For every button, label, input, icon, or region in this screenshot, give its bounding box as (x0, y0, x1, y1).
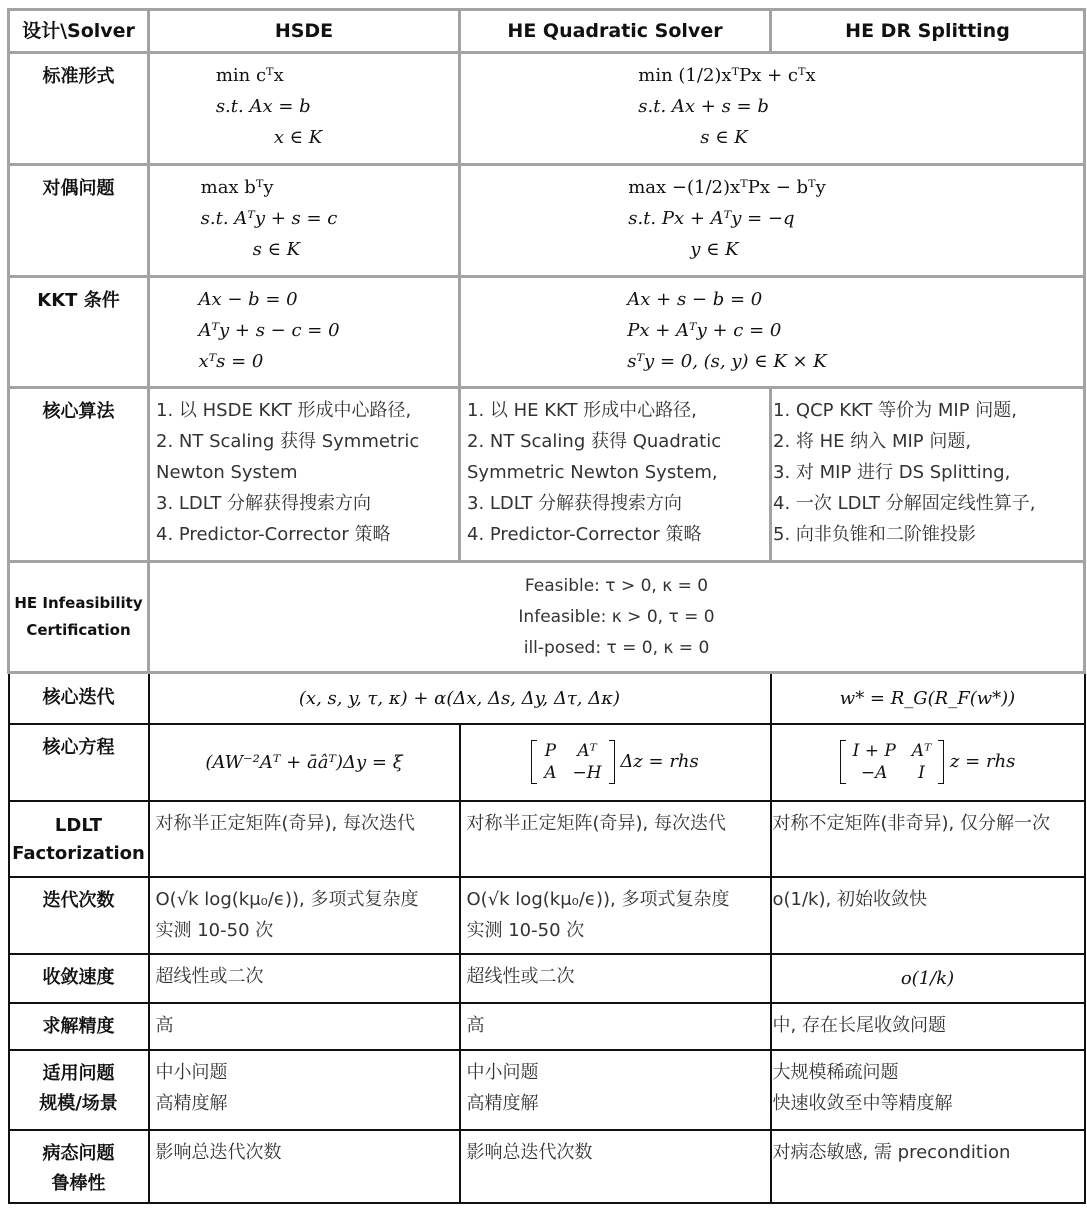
eq-line: x ∈ K (216, 122, 322, 153)
cell-ipm-iteration: (x, s, y, τ, κ) + α(Δx, Δs, Δy, Δτ, Δκ) (149, 673, 771, 724)
row-label: 标准形式 (9, 53, 149, 165)
row-label-line: Factorization (10, 840, 148, 868)
cell-hsde-convergence: 超线性或二次 (149, 954, 460, 1003)
row-label-line: Certification (10, 617, 147, 644)
row-label: 收敛速度 (9, 954, 149, 1003)
algo-step: 5. 向非负锥和二阶锥投影 (773, 519, 1079, 550)
cell-hsde-kkt: Ax − b = 0 Aᵀy + s − c = 0 xᵀs = 0 (149, 277, 460, 388)
cell-quadratic-algorithm: 1. 以 HE KKT 形成中心路径, 2. NT Scaling 获得 Qua… (460, 388, 771, 562)
cell-hsde-equation: (AW⁻²Aᵀ + āâᵀ)Δy = ξ (149, 724, 460, 801)
algo-step: Newton System (156, 457, 454, 488)
eq-line: max −(1/2)xᵀPx − bᵀy (628, 172, 826, 203)
cell-hsde-primal: min cᵀx s.t. Ax = b x ∈ K (149, 53, 460, 165)
column-header-he-dr: HE DR Splitting (771, 10, 1085, 53)
text-line: 中小问题 (156, 1057, 455, 1088)
algo-step: 4. 一次 LDLT 分解固定线性算子, (773, 488, 1079, 519)
eq-line: min cᵀx (216, 60, 322, 91)
cell-certification: Feasible: τ > 0, κ = 0 Infeasible: κ > 0… (149, 562, 1085, 673)
cell-quadratic-robustness: 影响总迭代次数 (460, 1130, 771, 1203)
cell-dr-robustness: 对病态敏感, 需 precondition (771, 1130, 1085, 1203)
row-iteration-count: 迭代次数 O(√k log(kμ₀/ϵ)), 多项式复杂度 实测 10-50 次… (9, 877, 1085, 954)
eq-line: xᵀs = 0 (198, 346, 339, 377)
cell-dr-accuracy: 中, 存在长尾收敛问题 (771, 1003, 1085, 1050)
eq-line: s.t. Ax = b (216, 91, 322, 122)
row-kkt-conditions: KKT 条件 Ax − b = 0 Aᵀy + s − c = 0 xᵀs = … (9, 277, 1085, 388)
matrix-entry: I (904, 762, 939, 784)
cell-hsde-scale: 中小问题 高精度解 (149, 1050, 460, 1130)
cell-he-dual: max −(1/2)xᵀPx − bᵀy s.t. Px + Aᵀy = −q … (460, 165, 1085, 277)
dr-matrix: I + PAᵀ −AI (840, 740, 945, 784)
kkt-matrix: PAᵀ A−H (531, 740, 614, 784)
cell-dr-equation: I + PAᵀ −AI z = rhs (771, 724, 1085, 801)
text-line: 大规模稀疏问题 (773, 1057, 1080, 1088)
matrix-entry: −H (565, 762, 610, 784)
row-label-line: 鲁棒性 (10, 1169, 148, 1199)
cell-dr-convergence: o(1/k) (771, 954, 1085, 1003)
cell-he-primal: min (1/2)xᵀPx + cᵀx s.t. Ax + s = b s ∈ … (460, 53, 1085, 165)
row-ill-conditioned-robustness: 病态问题 鲁棒性 影响总迭代次数 影响总迭代次数 对病态敏感, 需 precon… (9, 1130, 1085, 1203)
eq-line: Px + Aᵀy + c = 0 (627, 315, 826, 346)
eq-line: s ∈ K (638, 122, 815, 153)
row-label-line: 病态问题 (10, 1139, 148, 1169)
algo-step: 1. 以 HSDE KKT 形成中心路径, (156, 395, 454, 426)
matrix-entry: I + P (845, 740, 904, 762)
row-standard-form: 标准形式 min cᵀx s.t. Ax = b x ∈ K min (1/2)… (9, 53, 1085, 165)
eq-line: s.t. Ax + s = b (638, 91, 815, 122)
eq-line: min (1/2)xᵀPx + cᵀx (638, 60, 815, 91)
eq-line: Ax + s − b = 0 (627, 284, 826, 315)
cell-hsde-accuracy: 高 (149, 1003, 460, 1050)
algo-step: 1. 以 HE KKT 形成中心路径, (467, 395, 765, 426)
cell-quadratic-equation: PAᵀ A−H Δz = rhs (460, 724, 771, 801)
row-label: KKT 条件 (9, 277, 149, 388)
row-label-line: 适用问题 (10, 1059, 148, 1089)
cert-line-ill-posed: ill-posed: τ = 0, κ = 0 (150, 633, 1083, 664)
row-core-equation: 核心方程 (AW⁻²Aᵀ + āâᵀ)Δy = ξ PAᵀ A−H Δz = r… (9, 724, 1085, 801)
cell-quadratic-iterations: O(√k log(kμ₀/ϵ)), 多项式复杂度 实测 10-50 次 (460, 877, 771, 954)
text-line: 实测 10-50 次 (467, 915, 766, 946)
text-line: 实测 10-50 次 (156, 915, 455, 946)
column-header-he-quadratic: HE Quadratic Solver (460, 10, 771, 53)
row-problem-scale: 适用问题 规模/场景 中小问题 高精度解 中小问题 高精度解 大规模稀疏问题 快… (9, 1050, 1085, 1130)
row-label: 求解精度 (9, 1003, 149, 1050)
corner-header: 设计\Solver (9, 10, 149, 53)
header-row: 设计\Solver HSDE HE Quadratic Solver HE DR… (9, 10, 1085, 53)
solver-comparison-table: 设计\Solver HSDE HE Quadratic Solver HE DR… (7, 8, 1086, 1204)
row-label: HE Infeasibility Certification (9, 562, 149, 673)
cell-dr-algorithm: 1. QCP KKT 等价为 MIP 问题, 2. 将 HE 纳入 MIP 问题… (771, 388, 1085, 562)
eq-line: s ∈ K (201, 234, 338, 265)
cell-hsde-dual: max bᵀy s.t. Aᵀy + s = c s ∈ K (149, 165, 460, 277)
algo-step: 3. LDLT 分解获得搜索方向 (156, 488, 454, 519)
matrix-entry: A (536, 762, 564, 784)
text-line: O(√k log(kμ₀/ϵ)), 多项式复杂度 (467, 884, 766, 915)
text-line: o(1/k), 初始收敛快 (773, 884, 1080, 915)
matrix-entry: P (536, 740, 564, 762)
cell-quadratic-convergence: 超线性或二次 (460, 954, 771, 1003)
algo-step: 1. QCP KKT 等价为 MIP 问题, (773, 395, 1079, 426)
cell-quadratic-scale: 中小问题 高精度解 (460, 1050, 771, 1130)
cert-line-feasible: Feasible: τ > 0, κ = 0 (150, 571, 1083, 602)
row-core-algorithm: 核心算法 1. 以 HSDE KKT 形成中心路径, 2. NT Scaling… (9, 388, 1085, 562)
cell-dr-ldlt: 对称不定矩阵(非奇异), 仅分解一次 (771, 801, 1085, 877)
row-ldlt-factorization: LDLT Factorization 对称半正定矩阵(奇异), 每次迭代 对称半… (9, 801, 1085, 877)
algo-step: 4. Predictor-Corrector 策略 (467, 519, 765, 550)
algo-step: 3. 对 MIP 进行 DS Splitting, (773, 457, 1079, 488)
text-line: 中小问题 (467, 1057, 766, 1088)
row-label: 病态问题 鲁棒性 (9, 1130, 149, 1203)
row-label: 核心方程 (9, 724, 149, 801)
eq-line: sᵀy = 0, (s, y) ∈ K × K (627, 346, 826, 377)
eq-line: Ax − b = 0 (198, 284, 339, 315)
eq-line: max bᵀy (201, 172, 338, 203)
row-core-iteration: 核心迭代 (x, s, y, τ, κ) + α(Δx, Δs, Δy, Δτ,… (9, 673, 1085, 724)
cell-dr-scale: 大规模稀疏问题 快速收敛至中等精度解 (771, 1050, 1085, 1130)
text-line: O(√k log(kμ₀/ϵ)), 多项式复杂度 (156, 884, 455, 915)
row-label: LDLT Factorization (9, 801, 149, 877)
cell-dr-iterations: o(1/k), 初始收敛快 (771, 877, 1085, 954)
row-label-line: LDLT (10, 812, 148, 840)
algo-step: 2. NT Scaling 获得 Quadratic (467, 426, 765, 457)
algo-step: 2. NT Scaling 获得 Symmetric (156, 426, 454, 457)
row-label: 核心迭代 (9, 673, 149, 724)
column-header-hsde: HSDE (149, 10, 460, 53)
row-solution-accuracy: 求解精度 高 高 中, 存在长尾收敛问题 (9, 1003, 1085, 1050)
algo-step: 3. LDLT 分解获得搜索方向 (467, 488, 765, 519)
cell-hsde-iterations: O(√k log(kμ₀/ϵ)), 多项式复杂度 实测 10-50 次 (149, 877, 460, 954)
eq-line: s.t. Px + Aᵀy = −q (628, 203, 826, 234)
row-infeasibility-certification: HE Infeasibility Certification Feasible:… (9, 562, 1085, 673)
cell-dr-iteration: w* = R_G(R_F(w*)) (771, 673, 1085, 724)
matrix-entry: −A (845, 762, 904, 784)
eq-line: y ∈ K (628, 234, 826, 265)
row-label-line: 规模/场景 (10, 1089, 148, 1119)
cell-hsde-robustness: 影响总迭代次数 (149, 1130, 460, 1203)
row-label: 核心算法 (9, 388, 149, 562)
row-label-line: HE Infeasibility (10, 590, 147, 617)
text-line: 快速收敛至中等精度解 (773, 1088, 1080, 1119)
text-line: 高精度解 (467, 1088, 766, 1119)
cell-quadratic-accuracy: 高 (460, 1003, 771, 1050)
cell-he-kkt: Ax + s − b = 0 Px + Aᵀy + c = 0 sᵀy = 0,… (460, 277, 1085, 388)
row-label: 对偶问题 (9, 165, 149, 277)
row-label: 迭代次数 (9, 877, 149, 954)
algo-step: 4. Predictor-Corrector 策略 (156, 519, 454, 550)
row-convergence-speed: 收敛速度 超线性或二次 超线性或二次 o(1/k) (9, 954, 1085, 1003)
cell-hsde-algorithm: 1. 以 HSDE KKT 形成中心路径, 2. NT Scaling 获得 S… (149, 388, 460, 562)
row-label: 适用问题 规模/场景 (9, 1050, 149, 1130)
matrix-entry: Aᵀ (565, 740, 610, 762)
text-line: 高精度解 (156, 1088, 455, 1119)
eq-line: Aᵀy + s − c = 0 (198, 315, 339, 346)
algo-step: 2. 将 HE 纳入 MIP 问题, (773, 426, 1079, 457)
equation-rhs: Δz = rhs (620, 751, 698, 772)
eq-line: s.t. Aᵀy + s = c (201, 203, 338, 234)
row-dual-problem: 对偶问题 max bᵀy s.t. Aᵀy + s = c s ∈ K max … (9, 165, 1085, 277)
equation-rhs: z = rhs (950, 751, 1015, 772)
cell-hsde-ldlt: 对称半正定矩阵(奇异), 每次迭代 (149, 801, 460, 877)
matrix-entry: Aᵀ (904, 740, 939, 762)
cell-quadratic-ldlt: 对称半正定矩阵(奇异), 每次迭代 (460, 801, 771, 877)
cert-line-infeasible: Infeasible: κ > 0, τ = 0 (150, 602, 1083, 633)
algo-step: Symmetric Newton System, (467, 457, 765, 488)
